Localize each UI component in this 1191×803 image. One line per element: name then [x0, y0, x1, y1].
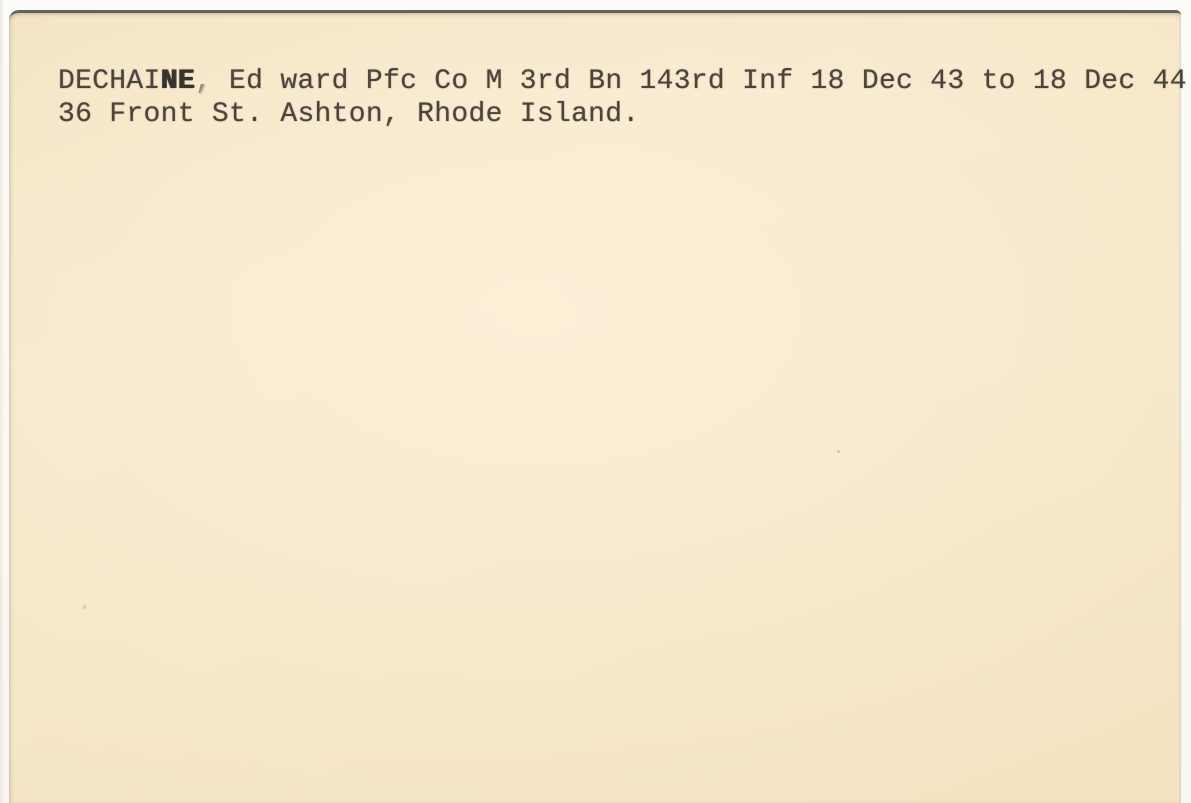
surname-overstrike: NE — [161, 66, 195, 97]
address-line: 36 Front St. Ashton, Rhode Island. — [58, 98, 1187, 131]
scan-background: DECHAINE, Ed ward Pfc Co M 3rd Bn 143rd … — [0, 0, 1191, 803]
paper-speck — [837, 450, 840, 453]
surname-comma: , — [195, 66, 212, 97]
paper-speck — [83, 605, 86, 609]
service-record-line: DECHAINE, Ed ward Pfc Co M 3rd Bn 143rd … — [58, 65, 1187, 98]
surname-prefix: DECHAI — [58, 66, 161, 97]
service-details: Ed ward Pfc Co M 3rd Bn 143rd Inf 18 Dec… — [212, 66, 1187, 97]
typed-text-block: DECHAINE, Ed ward Pfc Co M 3rd Bn 143rd … — [58, 65, 1187, 131]
index-card: DECHAINE, Ed ward Pfc Co M 3rd Bn 143rd … — [9, 10, 1181, 803]
